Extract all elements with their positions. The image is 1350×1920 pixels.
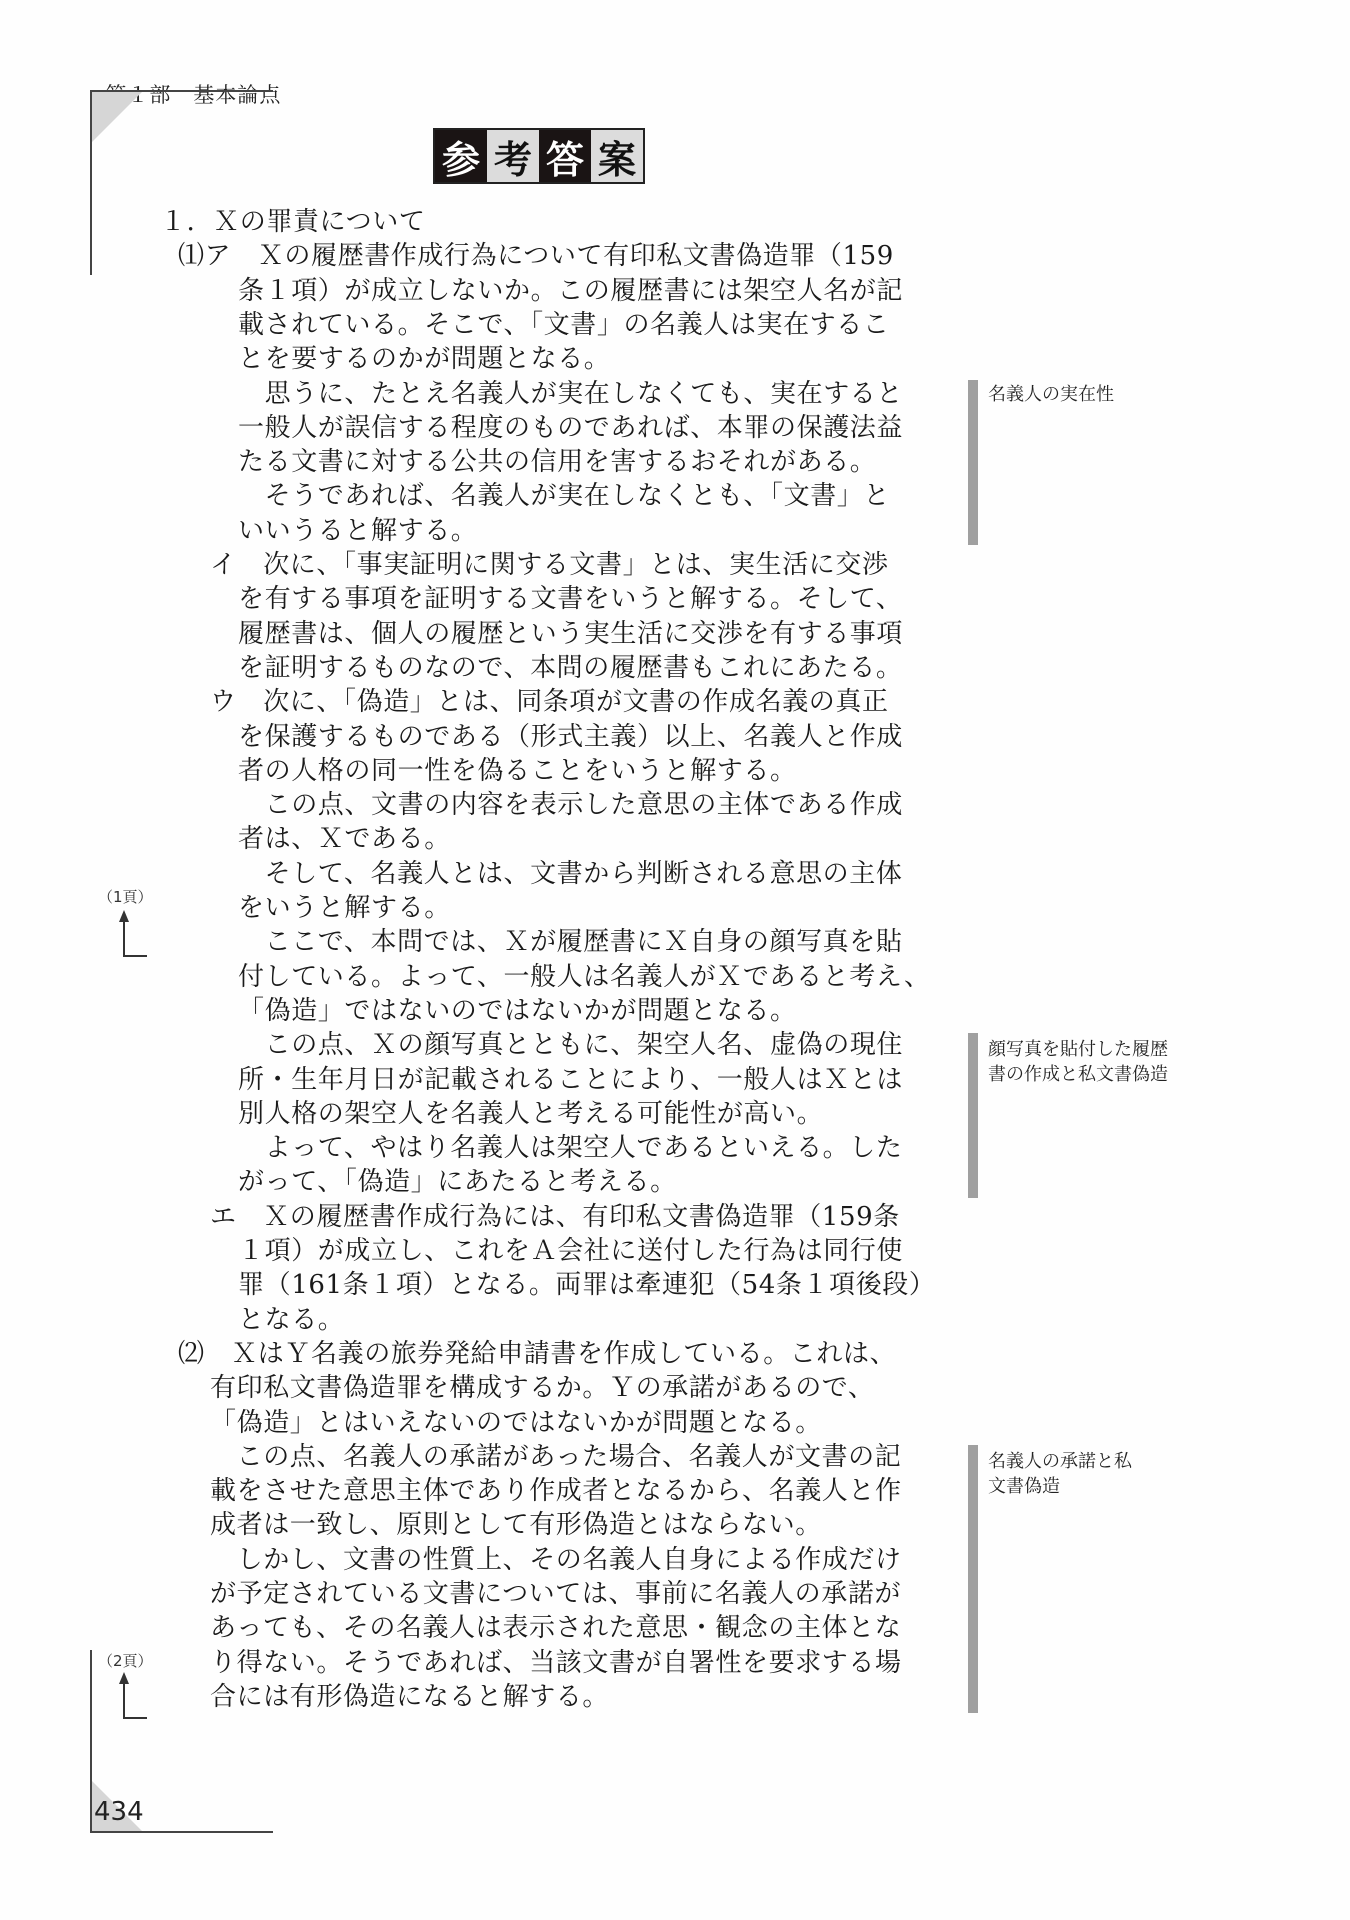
- body-line: が予定されている文書については、事前に名義人の承諾が: [210, 1577, 901, 1611]
- body-line: この点、文書の内容を表示した意思の主体である作成: [238, 788, 903, 822]
- margin-note-bar-2: [968, 1033, 978, 1198]
- body-line: しかし、文書の性質上、その名義人自身による作成だけ: [210, 1543, 902, 1577]
- top-corner-triangle: [92, 92, 142, 142]
- body-line: 別人格の架空人を名義人と考える可能性が高い。: [238, 1097, 823, 1131]
- body-line: ⑵ ＸはＹ名義の旅券発給申請書を作成している。これは、: [178, 1337, 896, 1371]
- body-line: がって、「偽造」にあたると考える。: [238, 1165, 677, 1199]
- body-line: 成者は一致し、原則として有形偽造とはならない。: [210, 1508, 822, 1542]
- arrow-foot-1: [123, 955, 147, 957]
- body-line: を有する事項を証明する文書をいうと解する。そして、: [238, 582, 902, 616]
- title-char-4: 案: [591, 130, 643, 182]
- section-heading: １．Ｘの罪責について: [160, 205, 425, 239]
- body-line: そうであれば、名義人が実在しなくとも、「文書」と: [238, 479, 890, 513]
- body-line: そして、名義人とは、文書から判断される意思の主体: [238, 857, 902, 891]
- body-line: 者は、Ｘである。: [238, 822, 451, 856]
- title-char-3: 答: [539, 130, 591, 182]
- body-line: ここで、本問では、Ｘが履歴書にＸ自身の顔写真を貼: [238, 925, 902, 959]
- body-line: を証明するものなので、本問の履歴書もこれにあたる。: [238, 651, 902, 685]
- body-line: 有印私文書偽造罪を構成するか。Ｙの承諾があるので、: [210, 1371, 874, 1405]
- body-line: 「偽造」とはいえないのではないかが問題となる。: [210, 1406, 822, 1440]
- body-line: この点、Ｘの顔写真とともに、架空人名、虚偽の現住: [238, 1028, 903, 1062]
- body-line: あっても、その名義人は表示された意思・観念の主体とな: [210, 1611, 901, 1645]
- body-line: 者の人格の同一性を偽ることをいうと解する。: [238, 754, 797, 788]
- title-char-1: 参: [435, 130, 487, 182]
- title-char-2: 考: [487, 130, 539, 182]
- body-line: たる文書に対する公共の信用を害するおそれがある。: [238, 445, 876, 479]
- margin-note-bar-1: [968, 380, 978, 545]
- body-line: 思うに、たとえ名義人が実在しなくても、実在すると: [238, 377, 903, 411]
- body-line: 合には有形偽造になると解する。: [210, 1680, 609, 1714]
- body-line: 条１項）が成立しないか。この履歴書には架空人名が記: [238, 274, 903, 308]
- body-line: よって、やはり名義人は架空人であるといえる。した: [238, 1131, 902, 1165]
- body-line: エ Ｘの履歴書作成行為には、有印私文書偽造罪（159条: [210, 1200, 900, 1234]
- body-line: をいうと解する。: [238, 891, 451, 925]
- arrow-foot-2: [123, 1717, 147, 1719]
- body-line: １項）が成立し、これをＡ会社に送付した行為は同行使: [238, 1234, 903, 1268]
- arrow-shaft-1: [123, 918, 125, 956]
- body-line: ウ 次に、「偽造」とは、同条項が文書の作成名義の真正: [210, 685, 889, 719]
- body-line: り得ない。そうであれば、当該文書が自署性を要求する場: [210, 1646, 902, 1680]
- body-line: 付している。よって、一般人は名義人がＸであると考え、: [238, 960, 931, 994]
- body-line: 載されている。そこで、「文書」の名義人は実在するこ: [238, 308, 889, 342]
- margin-note-bar-3: [968, 1445, 978, 1713]
- bottom-frame-rule: [90, 1831, 273, 1833]
- arrow-shaft-2: [123, 1680, 125, 1718]
- margin-note-1: 名義人の実在性: [988, 382, 1178, 407]
- section-label: 基本論点: [193, 83, 281, 107]
- title-box: 参 考 答 案: [433, 128, 645, 184]
- body-line: となる。: [238, 1303, 344, 1337]
- body-line: いいうると解する。: [238, 514, 477, 548]
- body-line: 履歴書は、個人の履歴という実生活に交渉を有する事項: [238, 617, 903, 651]
- page-marker-2: （2頁）: [98, 1650, 153, 1671]
- body-line: を保護するものである（形式主義）以上、名義人と作成: [238, 720, 903, 754]
- page-number: 434: [94, 1797, 144, 1827]
- body-line: この点、名義人の承諾があった場合、名義人が文書の記: [210, 1440, 901, 1474]
- body-line: 「偽造」ではないのではないかが問題となる。: [238, 994, 797, 1028]
- body-line: 罪（161条１項）となる。両罪は牽連犯（54条１項後段）: [238, 1268, 936, 1302]
- body-line: 所・生年月日が記載されることにより、一般人はＸとは: [238, 1063, 903, 1097]
- margin-note-2: 顔写真を貼付した履歴書の作成と私文書偽造: [988, 1037, 1173, 1087]
- body-line: ⑴ア Ｘの履歴書作成行為について有印私文書偽造罪（159: [178, 239, 894, 273]
- body-line: 載をさせた意思主体であり作成者となるから、名義人と作: [210, 1474, 902, 1508]
- page-marker-1: （1頁）: [98, 886, 153, 907]
- body-line: とを要するのかが問題となる。: [238, 342, 610, 376]
- body-line: 一般人が誤信する程度のものであれば、本罪の保護法益: [238, 411, 903, 445]
- body-line: イ 次に、「事実証明に関する文書」とは、実生活に交渉: [210, 548, 889, 582]
- margin-note-3: 名義人の承諾と私文書偽造: [988, 1449, 1138, 1499]
